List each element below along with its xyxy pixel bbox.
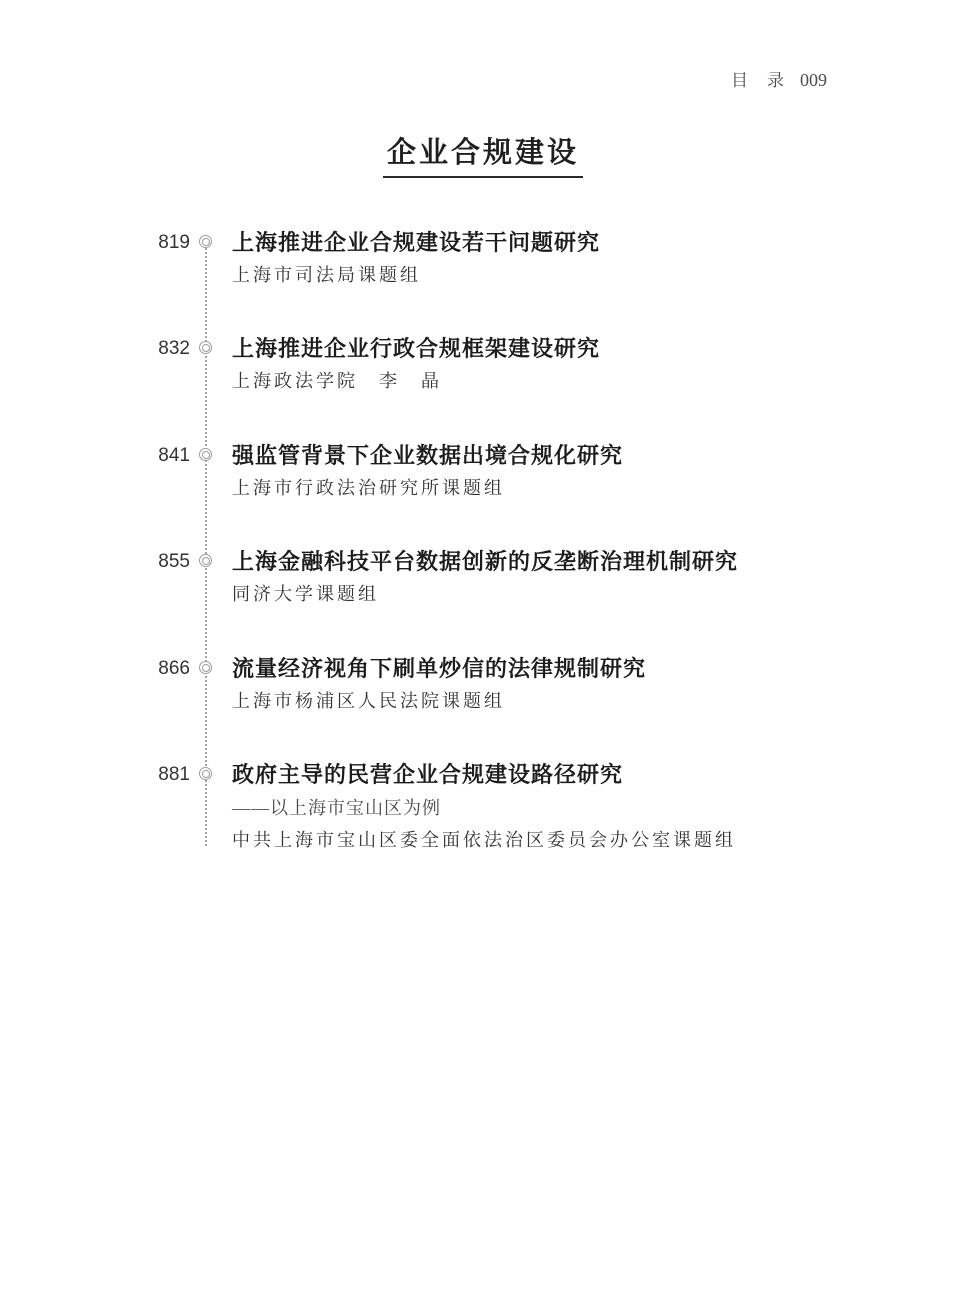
ring-marker-icon — [199, 235, 212, 248]
toc-entry: 832 上海推进企业行政合规框架建设研究 上海政法学院 李 晶 — [0, 334, 966, 396]
toc-list: 819 上海推进企业合规建设若干问题研究 上海市司法局课题组 832 上海推进企… — [0, 0, 966, 1310]
entry-author: 中共上海市宝山区委全面依法治区委员会办公室课题组 — [232, 825, 906, 855]
toc-entry: 855 上海金融科技平台数据创新的反垄断治理机制研究 同济大学课题组 — [0, 547, 966, 609]
toc-entry: 841 强监管背景下企业数据出境合规化研究 上海市行政法治研究所课题组 — [0, 441, 966, 503]
ring-marker-icon — [199, 661, 212, 674]
entry-author: 上海政法学院 李 晶 — [232, 366, 906, 396]
entry-title: 强监管背景下企业数据出境合规化研究 — [232, 441, 906, 471]
entry-subtitle: ——以上海市宝山区为例 — [232, 793, 906, 823]
entry-author: 上海市行政法治研究所课题组 — [232, 473, 906, 503]
entry-author: 同济大学课题组 — [232, 579, 906, 609]
entry-content: 上海推进企业行政合规框架建设研究 上海政法学院 李 晶 — [232, 334, 966, 396]
toc-entry: 881 政府主导的民营企业合规建设路径研究 ——以上海市宝山区为例 中共上海市宝… — [0, 760, 966, 855]
ring-marker-icon — [199, 767, 212, 780]
entry-page-number: 855 — [0, 547, 190, 577]
ring-marker-icon — [199, 448, 212, 461]
entry-author: 上海市司法局课题组 — [232, 260, 906, 290]
entry-page-number: 841 — [0, 441, 190, 471]
entry-content: 流量经济视角下刷单炒信的法律规制研究 上海市杨浦区人民法院课题组 — [232, 654, 966, 716]
toc-entry: 819 上海推进企业合规建设若干问题研究 上海市司法局课题组 — [0, 228, 966, 290]
entry-content: 上海金融科技平台数据创新的反垄断治理机制研究 同济大学课题组 — [232, 547, 966, 609]
toc-page: 目 录 009 企业合规建设 819 上海推进企业合规建设若干问题研究 上海市司… — [0, 0, 966, 1310]
toc-entry: 866 流量经济视角下刷单炒信的法律规制研究 上海市杨浦区人民法院课题组 — [0, 654, 966, 716]
entry-page-number: 832 — [0, 334, 190, 364]
entry-title: 政府主导的民营企业合规建设路径研究 — [232, 760, 906, 790]
ring-marker-icon — [199, 554, 212, 567]
entry-title: 上海推进企业行政合规框架建设研究 — [232, 334, 906, 364]
entry-author: 上海市杨浦区人民法院课题组 — [232, 686, 906, 716]
entry-title: 上海推进企业合规建设若干问题研究 — [232, 228, 906, 258]
timeline-dotted-line — [205, 241, 207, 846]
entry-content: 上海推进企业合规建设若干问题研究 上海市司法局课题组 — [232, 228, 966, 290]
entry-page-number: 819 — [0, 228, 190, 258]
entry-title: 上海金融科技平台数据创新的反垄断治理机制研究 — [232, 547, 906, 577]
entry-content: 政府主导的民营企业合规建设路径研究 ——以上海市宝山区为例 中共上海市宝山区委全… — [232, 760, 966, 855]
entry-page-number: 881 — [0, 760, 190, 790]
entry-title: 流量经济视角下刷单炒信的法律规制研究 — [232, 654, 906, 684]
ring-marker-icon — [199, 341, 212, 354]
entry-content: 强监管背景下企业数据出境合规化研究 上海市行政法治研究所课题组 — [232, 441, 966, 503]
entry-page-number: 866 — [0, 654, 190, 684]
